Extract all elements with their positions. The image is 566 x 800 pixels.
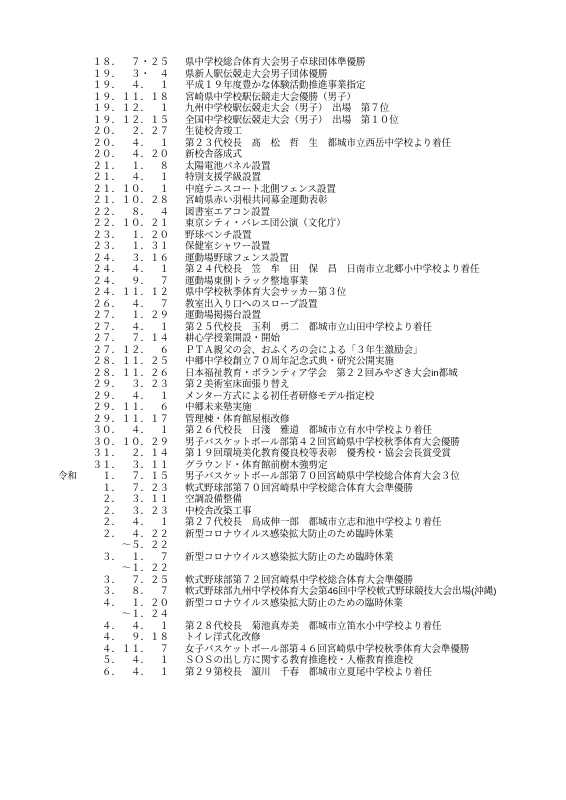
date-month: ３． — [121, 506, 150, 518]
era-label — [58, 356, 92, 368]
date-year: ２３． — [92, 241, 121, 253]
date-day: ８ — [150, 161, 169, 173]
date-year: ２９． — [92, 391, 121, 403]
event-text: 男子バスケットボール部第７０回宮崎県中学校総合体育大会３位 — [185, 471, 460, 483]
date-month: ４． — [121, 264, 150, 276]
date-day: ７ — [150, 644, 169, 656]
event-text: トイレ洋式化改修 — [185, 632, 261, 644]
event-text: 耕心学授業開設・開始 — [185, 333, 280, 345]
date-year: ２０． — [92, 126, 121, 138]
date-month: ～５． — [121, 540, 150, 552]
era-label — [58, 103, 92, 115]
history-row: ２９．１１．６中郷未来塾実施 — [0, 402, 566, 414]
date-year: ２０． — [92, 149, 121, 161]
date-year: １． — [92, 471, 121, 483]
date-day: １４ — [150, 333, 169, 345]
era-label — [58, 540, 92, 552]
event-text: 教室出入り口へのスロープ設置 — [185, 299, 318, 311]
era-label — [58, 126, 92, 138]
era-label — [58, 333, 92, 345]
date-month: ８． — [121, 207, 150, 219]
event-text: 野球ベンチ設置 — [185, 230, 252, 242]
date-day: １ — [150, 264, 169, 276]
era-label — [58, 172, 92, 184]
era-label — [58, 655, 92, 667]
event-text: 第１９回環境美化教育優良校等表彰 優秀校・協会会長賞受賞 — [185, 448, 451, 460]
date-day: １８ — [150, 92, 169, 104]
date-day: １ — [150, 425, 169, 437]
date-day: １ — [150, 103, 169, 115]
event-text: 軟式野球部第７０回宮崎県中学校総合体育大会準優勝 — [185, 483, 413, 495]
date-month: ８． — [121, 586, 150, 598]
era-label — [58, 322, 92, 334]
date-day: ２２ — [150, 540, 169, 552]
date-day: ２３ — [150, 506, 169, 518]
history-row: ２９．３．２３第２美術室床面張り替え — [0, 379, 566, 391]
date-year: ２４． — [92, 287, 121, 299]
era-label — [58, 218, 92, 230]
history-row: １８．７・２５県中学校総合体育大会男子卓球団体準優勝 — [0, 57, 566, 69]
date-month: ～１． — [121, 609, 150, 621]
event-text: 県中学校総合体育大会男子卓球団体準優勝 — [185, 57, 366, 69]
event-text: 保健室シャワー設置 — [185, 241, 270, 253]
history-row: ２７．４．１第２５代校長 玉利 勇二 都城市立山田中学校より着任 — [0, 322, 566, 334]
date-day: ２７ — [150, 126, 169, 138]
date-day: ６ — [150, 345, 169, 357]
event-text: 第２５代校長 玉利 勇二 都城市立山田中学校より着任 — [185, 322, 432, 334]
date-month: ３． — [121, 379, 150, 391]
date-month: ４． — [121, 172, 150, 184]
event-text: 新型コロナウイルス感染拡大防止のための臨時休業 — [185, 598, 403, 610]
date-month: １１． — [121, 287, 150, 299]
date-day: １ — [150, 184, 169, 196]
event-text: 日本福祉教育・ボランティア学会 第２２回みやざき大会in都城 — [185, 368, 458, 380]
era-label — [58, 667, 92, 679]
date-month: ～１． — [121, 563, 150, 575]
date-day: ４ — [150, 207, 169, 219]
date-year: ６． — [92, 667, 121, 679]
date-month: １０． — [121, 437, 150, 449]
era-label — [58, 80, 92, 92]
event-text: 運動場掲揚台設置 — [185, 310, 261, 322]
era-label — [58, 161, 92, 173]
date-day: １７ — [150, 414, 169, 426]
date-year: ３１． — [92, 448, 121, 460]
date-year: ２９． — [92, 414, 121, 426]
era-label — [58, 644, 92, 656]
date-month: １１． — [121, 368, 150, 380]
date-year: １９． — [92, 69, 121, 81]
date-year: ４． — [92, 598, 121, 610]
event-text: 宮崎県赤い羽根共同募金運動表彰 — [185, 195, 328, 207]
date-day: １ — [150, 667, 169, 679]
history-row: ～１．２２ — [0, 563, 566, 575]
date-month: ７． — [121, 575, 150, 587]
event-text: 県新人駅伝競走大会男子団体優勝 — [185, 69, 328, 81]
era-label — [58, 460, 92, 472]
date-month: ４． — [121, 517, 150, 529]
event-text: 運動場野球フェンス設置 — [185, 253, 289, 265]
date-year: ２１． — [92, 161, 121, 173]
era-label — [58, 379, 92, 391]
history-row: ２６．４．７教室出入り口へのスロープ設置 — [0, 299, 566, 311]
history-row: ３０．４．１第２６代校長 日淺 雅道 都城市立有水中学校より着任 — [0, 425, 566, 437]
date-day: ７ — [150, 276, 169, 288]
date-month: １１． — [121, 644, 150, 656]
date-month: １２． — [121, 115, 150, 127]
event-text: 新型コロナウイルス感染拡大防止のため臨時休業 — [185, 552, 393, 564]
event-text: 全国中学校駅伝競走大会（男子） 出場 第１０位 — [185, 115, 399, 127]
date-month: ４． — [121, 621, 150, 633]
date-day: １８ — [150, 632, 169, 644]
date-day: １１ — [150, 494, 169, 506]
event-text: 第２３代校長 髙 松 哲 生 都城市立西岳中学校より着任 — [185, 138, 451, 150]
date-month: ７． — [121, 471, 150, 483]
date-day: ２０ — [150, 149, 169, 161]
page: { "page": { "background_color": "#ffffff… — [0, 0, 566, 800]
date-year: ２． — [92, 506, 121, 518]
history-row: ２０．４．１第２３代校長 髙 松 哲 生 都城市立西岳中学校より着任 — [0, 138, 566, 150]
date-year: ４． — [92, 632, 121, 644]
history-row: ３．８．７軟式野球部九州中学校体育大会第46回中学校軟式野球競技大会出場(沖縄) — [0, 586, 566, 598]
era-label — [58, 149, 92, 161]
date-day: ２２ — [150, 563, 169, 575]
era-label — [58, 414, 92, 426]
date-month: ４． — [121, 322, 150, 334]
date-day: １ — [150, 391, 169, 403]
date-month: ９． — [121, 632, 150, 644]
date-year — [92, 563, 121, 575]
era-label — [58, 552, 92, 564]
date-year: ２８． — [92, 368, 121, 380]
date-month: １０． — [121, 184, 150, 196]
era-label — [58, 195, 92, 207]
date-day: ２０ — [150, 598, 169, 610]
date-day: １２ — [150, 287, 169, 299]
history-row: ４．１１．７女子バスケットボール部第４６回宮崎県中学校秋季体育大会準優勝 — [0, 644, 566, 656]
date-month: ４． — [121, 391, 150, 403]
date-day: ２４ — [150, 609, 169, 621]
date-month: ４． — [121, 80, 150, 92]
history-row: ２３．１．３１保健室シャワー設置 — [0, 241, 566, 253]
era-label — [58, 368, 92, 380]
era-label — [58, 299, 92, 311]
date-day: ２３ — [150, 379, 169, 391]
date-day: ７ — [150, 552, 169, 564]
date-year: ３０． — [92, 437, 121, 449]
era-label — [58, 586, 92, 598]
date-year: ２７． — [92, 310, 121, 322]
date-day: ２９ — [150, 310, 169, 322]
era-label — [58, 598, 92, 610]
era-label: 令和 — [58, 471, 92, 483]
date-year: ３． — [92, 552, 121, 564]
history-row: ３１．３．１１グラウンド・体育館前樹木強剪定 — [0, 460, 566, 472]
date-month: ２． — [121, 126, 150, 138]
date-year: １９． — [92, 103, 121, 115]
date-year: ２２． — [92, 207, 121, 219]
date-month: １１． — [121, 414, 150, 426]
era-label — [58, 448, 92, 460]
date-month: １． — [121, 241, 150, 253]
date-day: ６ — [150, 402, 169, 414]
era-label — [58, 529, 92, 541]
history-row: ６．４．１第２９第校長 濵川 千春 都城市立夏尾中学校より着任 — [0, 667, 566, 679]
event-text: 管理棟・体育館屋根改修 — [185, 414, 290, 426]
history-row: ３．７．２５軟式野球部第７２回宮崎県中学校総合体育大会準優勝 — [0, 575, 566, 587]
date-year: ２８． — [92, 356, 121, 368]
era-label — [58, 92, 92, 104]
history-row: ２４．９．７運動場東側トラック整地事業 — [0, 276, 566, 288]
event-text: 第２７代校長 鳥成伸一郎 都城市立志和池中学校より着任 — [185, 517, 442, 529]
history-row: １９．１１．１８宮崎県中学校駅伝競走大会優勝（男子） — [0, 92, 566, 104]
event-text: 空調設備整備 — [185, 494, 242, 506]
event-text: 女子バスケットボール部第４６回宮崎県中学校秋季体育大会準優勝 — [185, 644, 469, 656]
date-year: ３． — [92, 575, 121, 587]
history-row: ２２．１０．２１東京シティ・バレエ団公演（文化庁） — [0, 218, 566, 230]
date-day: ２３ — [150, 483, 169, 495]
date-day: ２２ — [150, 529, 169, 541]
history-row: ２９．１１．１７管理棟・体育館屋根改修 — [0, 414, 566, 426]
date-month: ４． — [121, 425, 150, 437]
date-day: ２６ — [150, 368, 169, 380]
event-text: 図書室エアコン設置 — [185, 207, 270, 219]
era-label — [58, 437, 92, 449]
history-row: １．７．２３軟式野球部第７０回宮崎県中学校総合体育大会準優勝 — [0, 483, 566, 495]
history-row: ２４．４．１第２４代校長 笠 牟 田 保 昌 日南市立北郷小中学校より着任 — [0, 264, 566, 276]
date-day: ４ — [150, 69, 169, 81]
era-label — [58, 494, 92, 506]
history-row: ２１．１０．１中庭テニスコート北側フェンス設置 — [0, 184, 566, 196]
date-year: ２９． — [92, 379, 121, 391]
date-year — [92, 540, 121, 552]
event-text: 特別支援学級設置 — [185, 172, 261, 184]
event-text: 軟式野球部第７２回宮崎県中学校総合体育大会準優勝 — [185, 575, 413, 587]
date-day: １ — [150, 172, 169, 184]
era-label — [58, 287, 92, 299]
history-list: １８．７・２５県中学校総合体育大会男子卓球団体準優勝１９．３・４県新人駅伝競走大… — [0, 57, 566, 678]
date-day: ２５ — [150, 356, 169, 368]
era-label — [58, 230, 92, 242]
era-label — [58, 253, 92, 265]
date-month: ７． — [121, 333, 150, 345]
history-row: ２７．１．２９運動場掲揚台設置 — [0, 310, 566, 322]
date-year: ２７． — [92, 322, 121, 334]
history-row: ～１．２４ — [0, 609, 566, 621]
history-row: ２７．１２．６ＰＴＡ親父の会、おふくろの会による「３年生激励会」 — [0, 345, 566, 357]
era-label — [58, 483, 92, 495]
date-month: １１． — [121, 92, 150, 104]
date-day: １５ — [150, 471, 169, 483]
event-text: 第２美術室床面張り替え — [185, 379, 290, 391]
event-text: 男子バスケットボール部第４２回宮崎県中学校秋季体育大会優勝 — [185, 437, 460, 449]
date-day: １ — [150, 621, 169, 633]
era-label — [58, 517, 92, 529]
history-row: ２１．１０．２８宮崎県赤い羽根共同募金運動表彰 — [0, 195, 566, 207]
event-text: ＳＯＳの出し方に関する教育推進校・人権教育推進校 — [185, 655, 413, 667]
date-month: ３． — [121, 253, 150, 265]
date-day: ２８ — [150, 195, 169, 207]
event-text: 中郷未来塾実施 — [185, 402, 252, 414]
event-text: 太陽電池パネル設置 — [185, 161, 271, 173]
date-year: ２． — [92, 494, 121, 506]
era-label — [58, 276, 92, 288]
date-day: ２１ — [150, 218, 169, 230]
date-year: ４． — [92, 621, 121, 633]
date-year: ２１． — [92, 184, 121, 196]
date-day: １５ — [150, 115, 169, 127]
date-year: １９． — [92, 115, 121, 127]
date-month: ４． — [121, 299, 150, 311]
date-month: １１． — [121, 402, 150, 414]
history-row: ２１．４．１特別支援学級設置 — [0, 172, 566, 184]
era-label — [58, 57, 92, 69]
date-month: １． — [121, 552, 150, 564]
date-year: ２１． — [92, 195, 121, 207]
era-label — [58, 402, 92, 414]
era-label — [58, 621, 92, 633]
era-label — [58, 345, 92, 357]
era-label — [58, 609, 92, 621]
era-label — [58, 138, 92, 150]
history-row: ２４．３．１６運動場野球フェンス設置 — [0, 253, 566, 265]
date-month: ３． — [121, 460, 150, 472]
history-row: ２８．１１．２６日本福祉教育・ボランティア学会 第２２回みやざき大会in都城 — [0, 368, 566, 380]
history-row: １９．３・４県新人駅伝競走大会男子団体優勝 — [0, 69, 566, 81]
era-label — [58, 575, 92, 587]
event-text: 平成１９年度豊かな体験活動推進事業指定 — [185, 80, 366, 92]
history-row: ４．１．２０新型コロナウイルス感染拡大防止のための臨時休業 — [0, 598, 566, 610]
event-text: 第２６代校長 日淺 雅道 都城市立有水中学校より着任 — [185, 425, 432, 437]
date-month: ４． — [121, 529, 150, 541]
event-text: 中校舎改築工事 — [185, 506, 252, 518]
date-month: ９． — [121, 276, 150, 288]
date-day: １ — [150, 322, 169, 334]
date-month: １１． — [121, 356, 150, 368]
history-row: ２．３．１１空調設備整備 — [0, 494, 566, 506]
history-row: １９．１２．１５全国中学校駅伝競走大会（男子） 出場 第１０位 — [0, 115, 566, 127]
date-year: ２７． — [92, 345, 121, 357]
date-year: ２４． — [92, 276, 121, 288]
era-label — [58, 632, 92, 644]
event-text: 新型コロナウイルス感染拡大防止のため臨時休業 — [185, 529, 393, 541]
date-year: ３． — [92, 586, 121, 598]
date-month: ２． — [121, 448, 150, 460]
event-text: 運動場東側トラック整地事業 — [185, 276, 308, 288]
date-day: ２０ — [150, 230, 169, 242]
event-text: 生徒校舎竣工 — [185, 126, 242, 138]
date-day: ２９ — [150, 437, 169, 449]
date-year: １９． — [92, 92, 121, 104]
history-row: ３０．１０．２９男子バスケットボール部第４２回宮崎県中学校秋季体育大会優勝 — [0, 437, 566, 449]
date-day: １ — [150, 655, 169, 667]
date-year: １８． — [92, 57, 121, 69]
history-row: ２０．４．２０新校舎落成式 — [0, 149, 566, 161]
date-year: １９． — [92, 80, 121, 92]
history-row: ２８．１１．２５中郷中学校創立７０周年記念式典・研究公開実施 — [0, 356, 566, 368]
date-day: ３１ — [150, 241, 169, 253]
era-label — [58, 184, 92, 196]
history-row: ２．４．１第２７代校長 鳥成伸一郎 都城市立志和池中学校より着任 — [0, 517, 566, 529]
era-label — [58, 391, 92, 403]
era-label — [58, 310, 92, 322]
date-month: １． — [121, 598, 150, 610]
date-day: １６ — [150, 253, 169, 265]
event-text: 九州中学校駅伝競走大会（男子） 出場 第７位 — [185, 103, 389, 115]
event-text: 東京シティ・バレエ団公演（文化庁） — [185, 218, 346, 230]
date-day: ２５ — [150, 575, 169, 587]
date-year — [92, 609, 121, 621]
era-label — [58, 506, 92, 518]
era-label — [58, 264, 92, 276]
history-row: ２７．７．１４耕心学授業開設・開始 — [0, 333, 566, 345]
date-month: １２． — [121, 103, 150, 115]
date-month: １２． — [121, 345, 150, 357]
history-row: ４．９．１８トイレ洋式化改修 — [0, 632, 566, 644]
date-year: ２４． — [92, 264, 121, 276]
era-label — [58, 425, 92, 437]
date-month: ４． — [121, 667, 150, 679]
date-month: １． — [121, 310, 150, 322]
date-year: ２１． — [92, 172, 121, 184]
event-text: 県中学校秋季体育大会サッカー第３位 — [185, 287, 346, 299]
era-label — [58, 563, 92, 575]
history-row: ２４．１１．１２県中学校秋季体育大会サッカー第３位 — [0, 287, 566, 299]
history-row: ４．４．１第２８代校長 菊池真寿美 都城市立笛水小中学校より着任 — [0, 621, 566, 633]
history-row: ～５．２２ — [0, 540, 566, 552]
date-month: ３・ — [121, 69, 150, 81]
date-year: ２４． — [92, 253, 121, 265]
date-month: １． — [121, 161, 150, 173]
history-row: １９．４．１平成１９年度豊かな体験活動推進事業指定 — [0, 80, 566, 92]
date-year: １． — [92, 483, 121, 495]
date-day: ７ — [150, 299, 169, 311]
event-text: 中郷中学校創立７０周年記念式典・研究公開実施 — [185, 356, 394, 368]
date-year: ３０． — [92, 425, 121, 437]
date-day: ７ — [150, 586, 169, 598]
history-row: ２２．８．４図書室エアコン設置 — [0, 207, 566, 219]
date-day: １１ — [150, 460, 169, 472]
date-year: ２３． — [92, 230, 121, 242]
history-row: 令和１．７．１５男子バスケットボール部第７０回宮崎県中学校総合体育大会３位 — [0, 471, 566, 483]
date-month: １０． — [121, 195, 150, 207]
date-day: １ — [150, 517, 169, 529]
date-month: ７・ — [121, 57, 150, 69]
date-day: １ — [150, 80, 169, 92]
date-month: １． — [121, 230, 150, 242]
date-year: ２６． — [92, 299, 121, 311]
era-label — [58, 241, 92, 253]
date-year: ２９． — [92, 402, 121, 414]
history-row: ３１．２．１４第１９回環境美化教育優良校等表彰 優秀校・協会会長賞受賞 — [0, 448, 566, 460]
history-row: １９．１２．１九州中学校駅伝競走大会（男子） 出場 第７位 — [0, 103, 566, 115]
era-label — [58, 69, 92, 81]
date-year: ２０． — [92, 138, 121, 150]
date-year: ２． — [92, 529, 121, 541]
date-day: １４ — [150, 448, 169, 460]
date-month: ３． — [121, 494, 150, 506]
event-text: 宮崎県中学校駅伝競走大会優勝（男子） — [185, 92, 356, 104]
event-text: 第２９第校長 濵川 千春 都城市立夏尾中学校より着任 — [185, 667, 432, 679]
date-day: １ — [150, 138, 169, 150]
date-day: ２５ — [150, 57, 169, 69]
event-text: 中庭テニスコート北側フェンス設置 — [185, 184, 336, 196]
history-row: ２３．１．２０野球ベンチ設置 — [0, 230, 566, 242]
history-row: ３．１．７新型コロナウイルス感染拡大防止のため臨時休業 — [0, 552, 566, 564]
history-row: ２９．４．１メンター方式による初任者研修モデル指定校 — [0, 391, 566, 403]
date-month: ４． — [121, 149, 150, 161]
event-text: 新校舎落成式 — [185, 149, 242, 161]
